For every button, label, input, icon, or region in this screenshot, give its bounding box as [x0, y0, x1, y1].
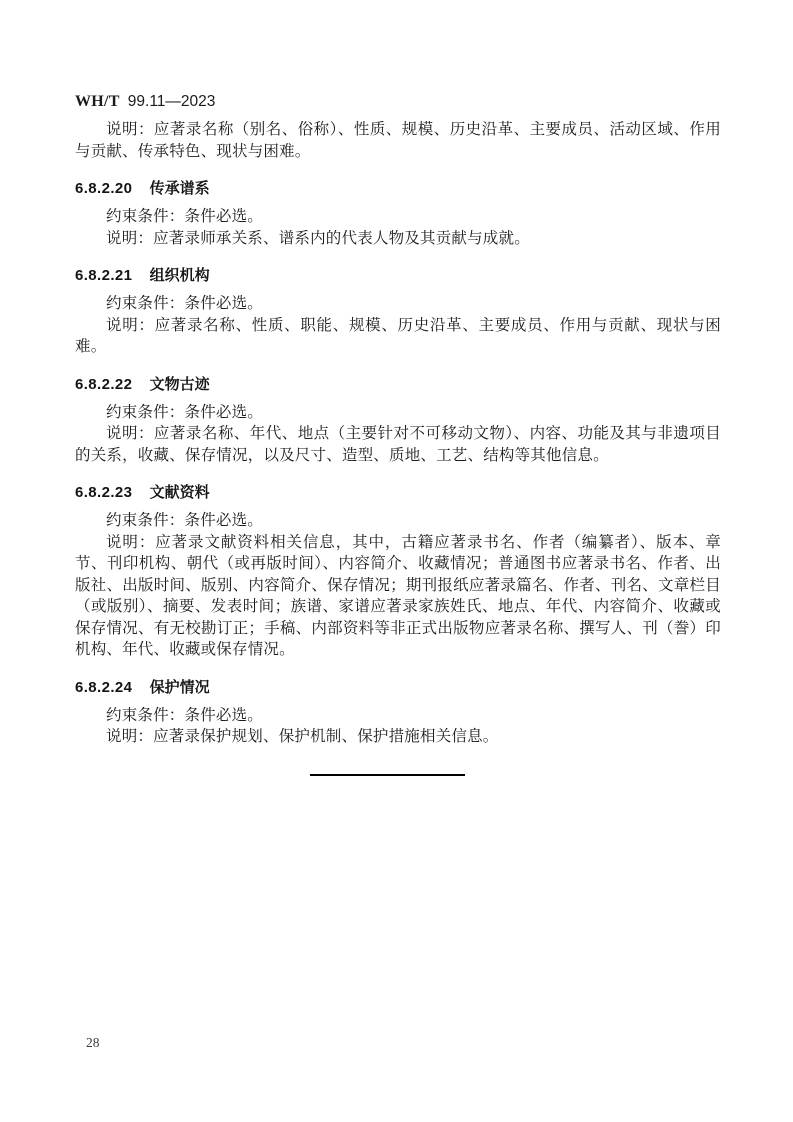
section-title: 文物古迹: [150, 376, 210, 393]
description-line: 说明：应著录名称、年代、地点（主要针对不可移动文物）、内容、功能及其与非遗项目的…: [75, 423, 721, 466]
end-of-text-rule: [310, 774, 465, 776]
section-6-8-2-22: 6.8.2.22 文物古迹 约束条件：条件必选。 说明：应著录名称、年代、地点（…: [75, 374, 721, 467]
section-title: 文献资料: [150, 484, 210, 501]
page-content: WH/T 99.11—2023 说明：应著录名称（别名、俗称）、性质、规模、历史…: [75, 0, 721, 776]
section-heading: 6.8.2.24 保护情况: [75, 677, 721, 698]
section-number: 6.8.2.22: [75, 376, 132, 393]
section-6-8-2-23: 6.8.2.23 文献资料 约束条件：条件必选。 说明：应著录文献资料相关信息，…: [75, 482, 721, 661]
description-line: 说明：应著录名称、性质、职能、规模、历史沿革、主要成员、作用与贡献、现状与困难。: [75, 315, 721, 358]
constraint-line: 约束条件：条件必选。: [75, 293, 721, 315]
section-number: 6.8.2.24: [75, 679, 132, 696]
document-code-header: WH/T 99.11—2023: [75, 92, 721, 112]
section-number: 6.8.2.23: [75, 484, 132, 501]
section-title: 保护情况: [150, 679, 210, 696]
constraint-line: 约束条件：条件必选。: [75, 705, 721, 727]
section-heading: 6.8.2.22 文物古迹: [75, 374, 721, 395]
section-heading: 6.8.2.21 组织机构: [75, 265, 721, 286]
section-number: 6.8.2.20: [75, 180, 132, 197]
constraint-line: 约束条件：条件必选。: [75, 206, 721, 228]
section-heading: 6.8.2.23 文献资料: [75, 482, 721, 503]
section-6-8-2-24: 6.8.2.24 保护情况 约束条件：条件必选。 说明：应著录保护规划、保护机制…: [75, 677, 721, 748]
constraint-line: 约束条件：条件必选。: [75, 402, 721, 424]
description-line: 说明：应著录保护规划、保护机制、保护措施相关信息。: [75, 726, 721, 748]
section-6-8-2-20: 6.8.2.20 传承谱系 约束条件：条件必选。 说明：应著录师承关系、谱系内的…: [75, 178, 721, 249]
page-number: 28: [86, 1035, 100, 1051]
section-6-8-2-21: 6.8.2.21 组织机构 约束条件：条件必选。 说明：应著录名称、性质、职能、…: [75, 265, 721, 358]
intro-paragraph: 说明：应著录名称（别名、俗称）、性质、规模、历史沿革、主要成员、活动区域、作用与…: [75, 119, 721, 162]
section-heading: 6.8.2.20 传承谱系: [75, 178, 721, 199]
section-number: 6.8.2.21: [75, 267, 132, 284]
section-title: 传承谱系: [150, 180, 210, 197]
document-page: WH/T 99.11—2023 说明：应著录名称（别名、俗称）、性质、规模、历史…: [0, 0, 793, 1122]
description-line: 说明：应著录师承关系、谱系内的代表人物及其贡献与成就。: [75, 228, 721, 250]
description-line: 说明：应著录文献资料相关信息，其中，古籍应著录书名、作者（编纂者）、版本、章节、…: [75, 532, 721, 661]
section-title: 组织机构: [150, 267, 210, 284]
standard-number: 99.11—2023: [128, 93, 216, 110]
standard-code: WH/T: [75, 93, 120, 110]
constraint-line: 约束条件：条件必选。: [75, 510, 721, 532]
